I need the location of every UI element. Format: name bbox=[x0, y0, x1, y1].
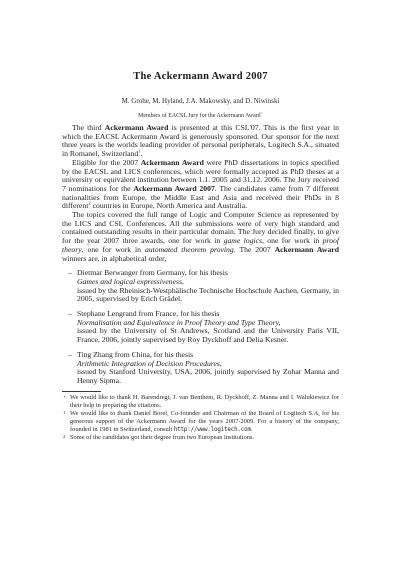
footnote-marker: ⋆ bbox=[63, 393, 66, 401]
list-dash: – bbox=[68, 310, 72, 319]
footnote-text: Some of the candidates got their degree … bbox=[70, 434, 254, 441]
footnote-separator-rule bbox=[62, 391, 101, 392]
authors-line: M. Grohe, M. Hyland, J.A. Makowsky, and … bbox=[62, 97, 339, 105]
footnote-marker: 2 bbox=[63, 433, 65, 441]
footnote-text: We would like to thank H. Barendregt, J.… bbox=[70, 394, 339, 409]
award-details: issued by the University of St Andrews, … bbox=[77, 327, 339, 344]
body-text: The third Ackermann Award is presented a… bbox=[62, 124, 339, 263]
award-item-lengrand: – Stephane Lengrand from France, for his… bbox=[62, 310, 339, 345]
footnote-text: We would like to thank Daniel Borel, Co-… bbox=[70, 410, 339, 433]
award-details: issued by Stanford University, USA, 2006… bbox=[77, 368, 339, 385]
footnote-thanks: ⋆ We would like to thank H. Barendregt, … bbox=[62, 394, 339, 410]
paper-page: The Ackermann Award 2007 M. Grohe, M. Hy… bbox=[0, 0, 400, 566]
paragraph-intro: The third Ackermann Award is presented a… bbox=[62, 124, 339, 159]
award-item-berwanger: – Dietmar Berwanger from Germany, for hi… bbox=[62, 269, 339, 304]
award-winner-list: – Dietmar Berwanger from Germany, for hi… bbox=[62, 269, 339, 385]
footnote-sponsor: 1 We would like to thank Daniel Borel, C… bbox=[62, 410, 339, 434]
footnote-degrees: 2 Some of the candidates got their degre… bbox=[62, 434, 339, 442]
members-line: Members of EACSL Jury for the Ackermann … bbox=[62, 113, 339, 119]
footnotes-block: ⋆ We would like to thank H. Barendregt, … bbox=[62, 394, 339, 442]
list-dash: – bbox=[68, 351, 72, 360]
award-item-zhang: – Ting Zhang from China, for his thesis … bbox=[62, 351, 339, 386]
text-block: The Ackermann Award 2007 M. Grohe, M. Hy… bbox=[62, 0, 339, 442]
list-dash: – bbox=[68, 269, 72, 278]
paragraph-eligibility: Eligible for the 2007 Ackermann Award we… bbox=[62, 159, 339, 211]
page-title: The Ackermann Award 2007 bbox=[62, 71, 339, 82]
award-details: issued by the Rheinisch-Westphälische Te… bbox=[77, 287, 339, 304]
footnote-marker: 1 bbox=[63, 409, 65, 417]
paragraph-topics: The topics covered the full range of Log… bbox=[62, 211, 339, 263]
